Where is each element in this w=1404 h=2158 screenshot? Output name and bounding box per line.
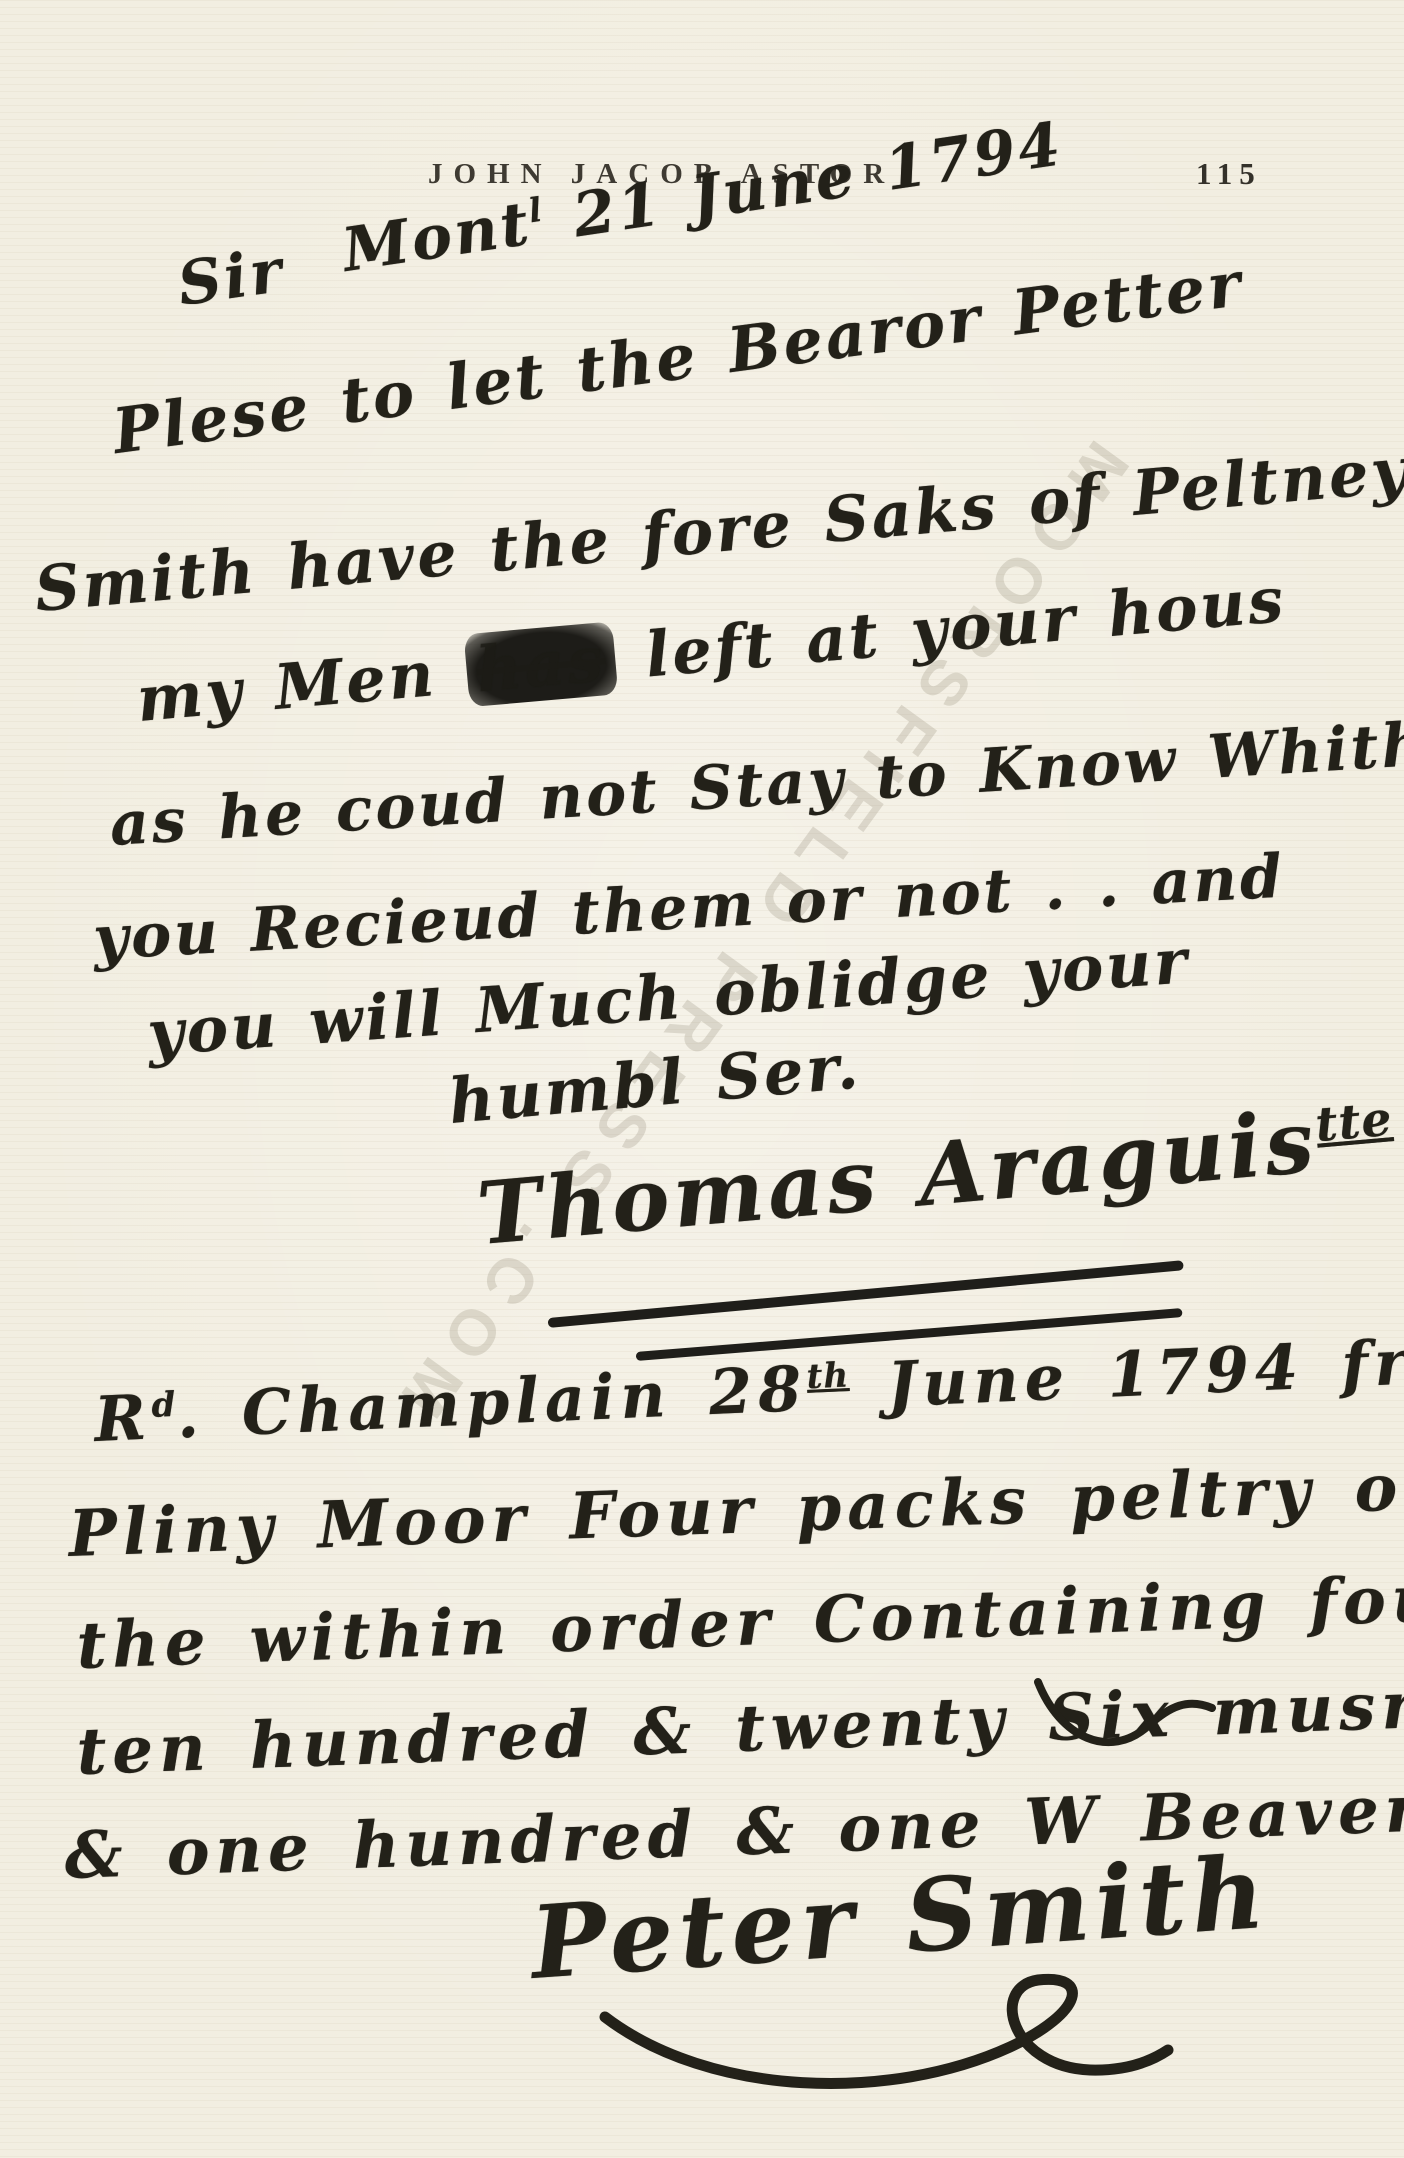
receipt-line: the within order Containing four xyxy=(76,1563,1404,1682)
receipt-line: Pliny Moor Four packs peltry on xyxy=(68,1452,1404,1571)
letter-line-text: my Men xyxy=(134,634,470,736)
date-ordinal-superscript: th xyxy=(806,1355,850,1397)
receipt-abbr-superscript: d xyxy=(151,1385,178,1426)
letter-dateline: Montl 21 June 1794 xyxy=(338,111,1067,284)
letter-closing: humbl Ser. xyxy=(446,1032,863,1136)
pen-swash xyxy=(1030,1668,1220,1768)
blotted-out-word: has xyxy=(463,621,618,707)
letter-line: as he coud not Stay to Know Whither xyxy=(108,707,1404,858)
receipt-line-text: . Champlain 28 xyxy=(175,1352,809,1452)
dateline-date: 21 June 1794 xyxy=(539,109,1068,256)
letter-salutation: Sir xyxy=(174,238,289,318)
page-number: 115 xyxy=(1196,156,1262,192)
scanned-book-page: JOHN JACOB ASTOR 115 MOORSFIELD PRESS .C… xyxy=(0,0,1404,2158)
receipt-abbr: R xyxy=(93,1381,154,1456)
dateline-place: Mont xyxy=(338,189,536,286)
signature-flourish xyxy=(590,1962,1180,2112)
signature-superscript: tte xyxy=(1313,1092,1394,1153)
letter-line-text: left at your hous xyxy=(612,563,1289,694)
